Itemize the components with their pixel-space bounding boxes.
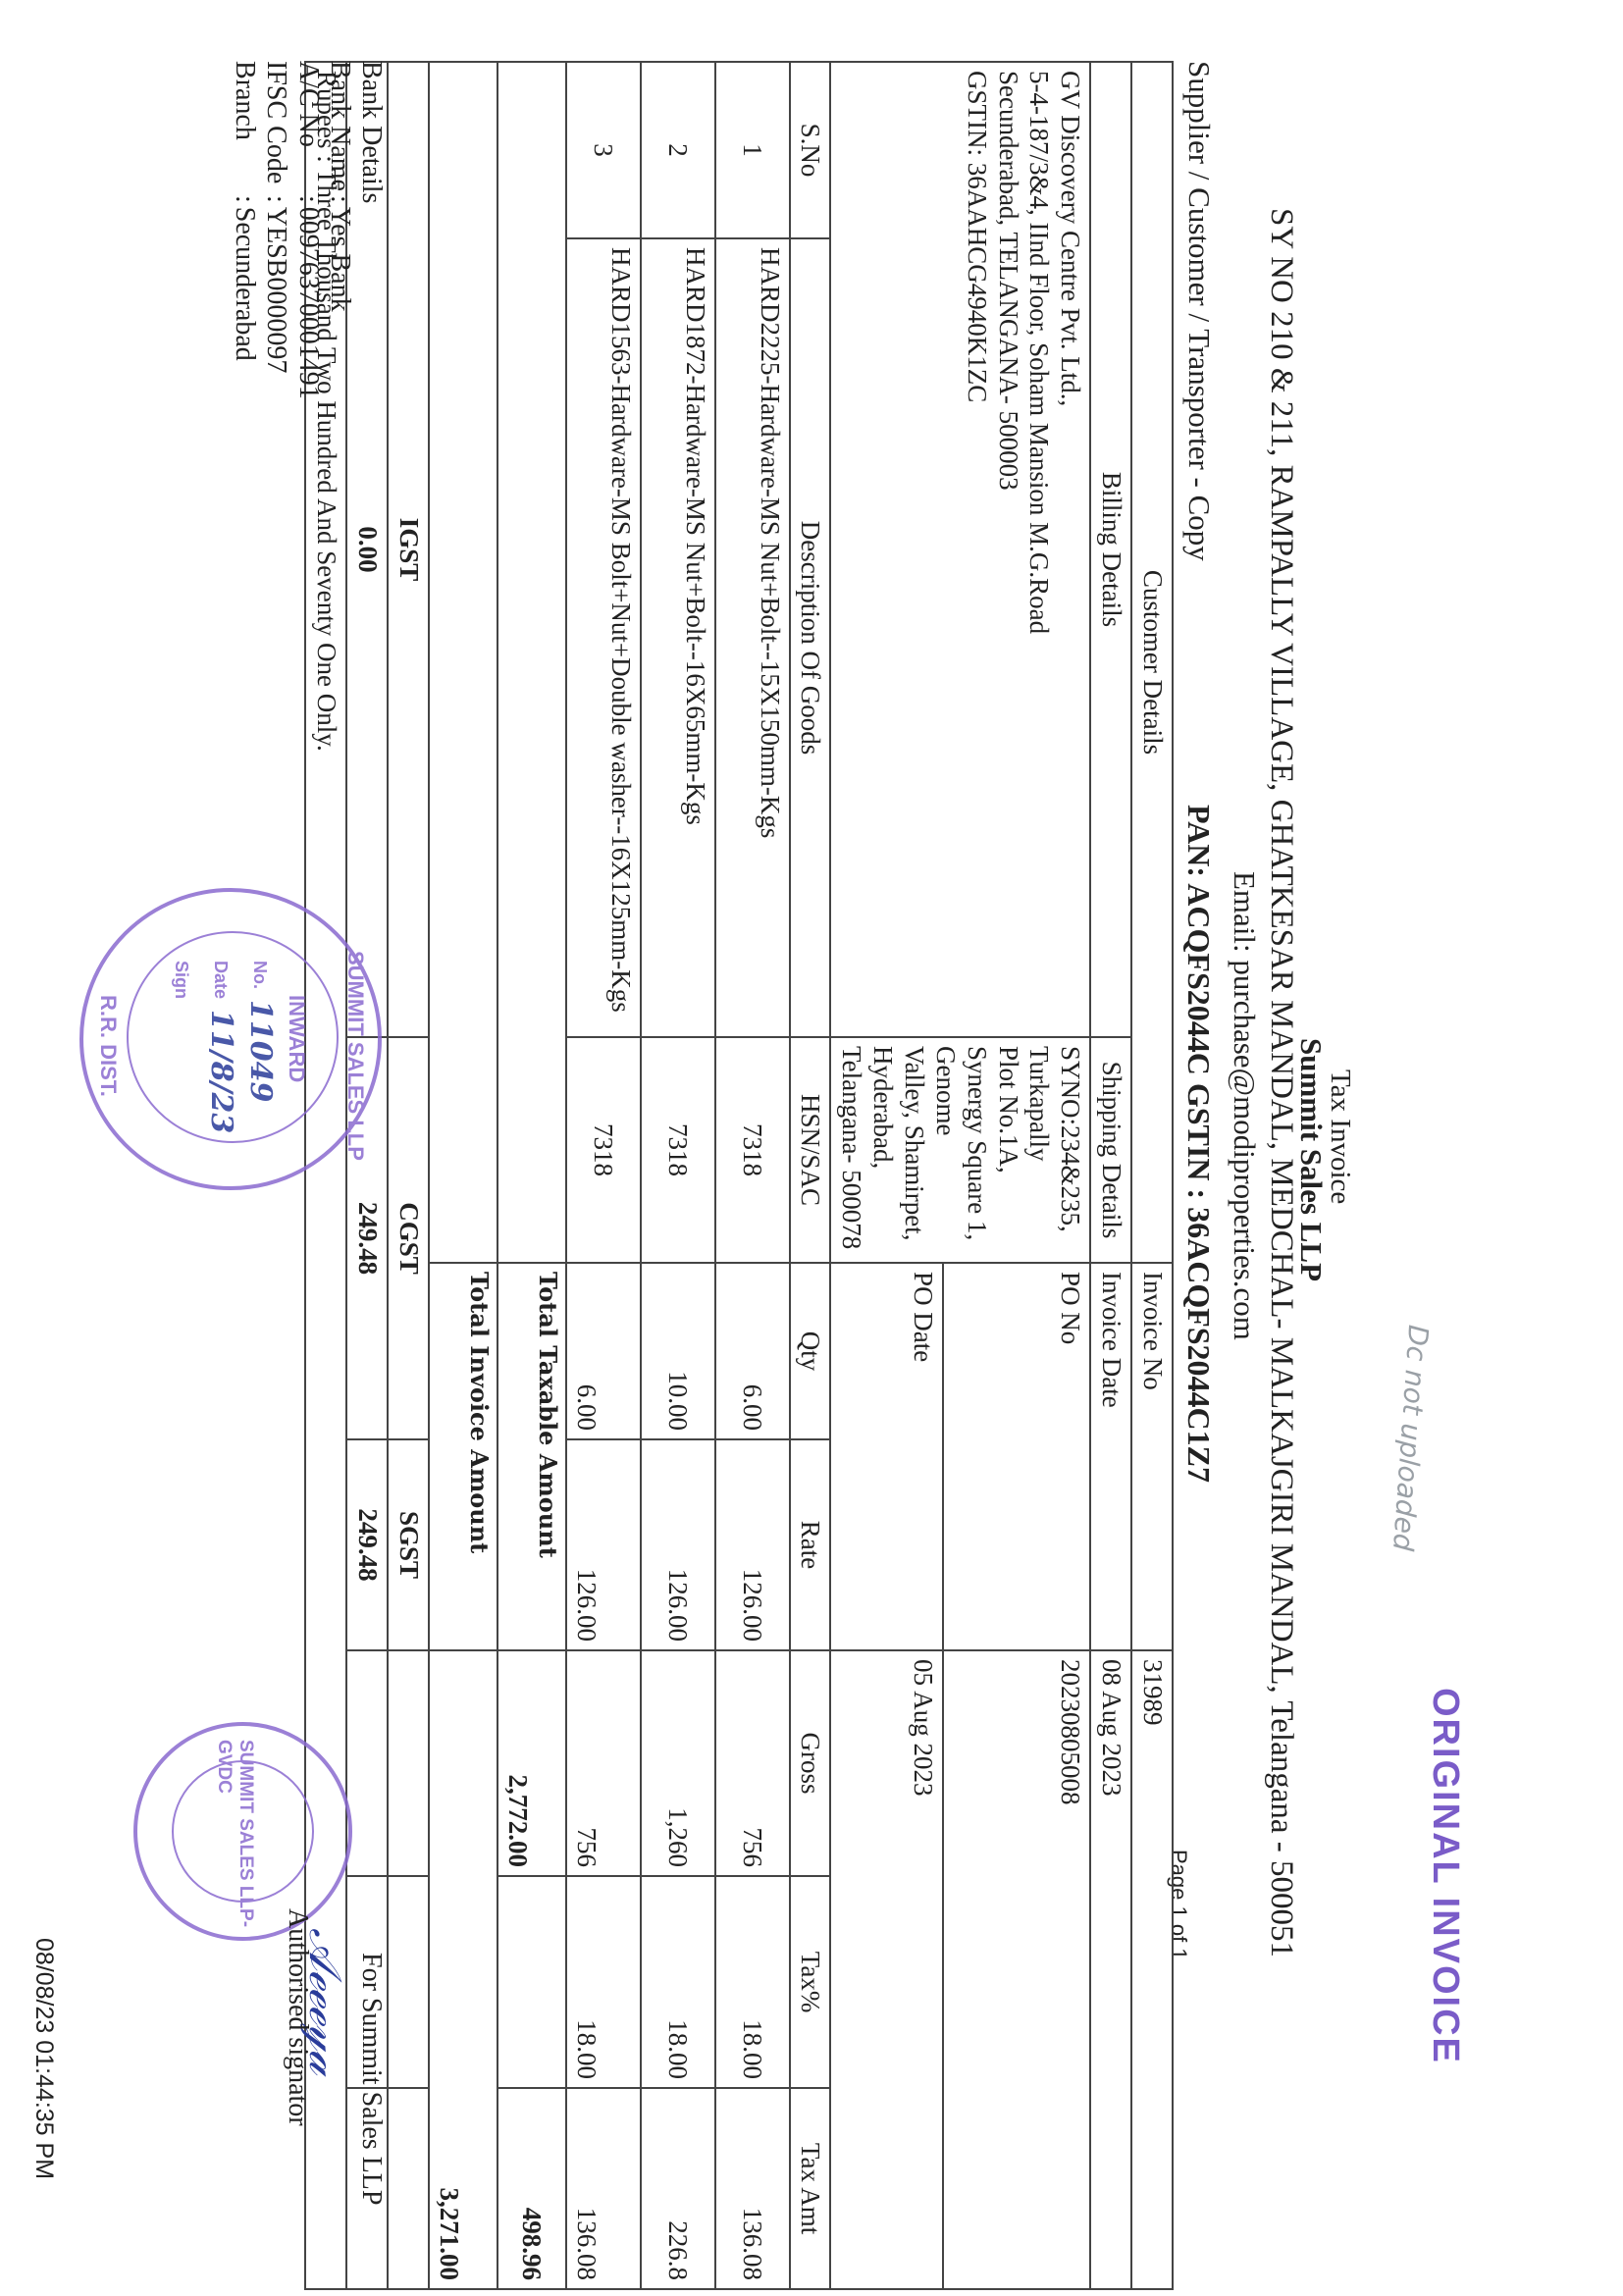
seal-ring-text: SUMMIT SALES LLP-GVDC xyxy=(213,1740,256,1937)
table-row: 1 HARD2225-Hardware-MS Nut+Bolt--15X150m… xyxy=(715,62,790,2289)
item-gross: 756 xyxy=(715,1650,790,1876)
total-invoice-label: Total Invoice Amount xyxy=(429,1263,497,1650)
handwritten-note: Dc not uploaded xyxy=(1387,1324,1435,1552)
item-sno: 1 xyxy=(715,62,790,238)
invoice-table: Customer Details Invoice No 31989 Billin… xyxy=(304,61,1174,2290)
cgst-label: CGST xyxy=(388,1037,429,1439)
billing-shipping-label-row: Billing Details Shipping Details Invoice… xyxy=(1090,62,1131,2289)
bank-label: Branch xyxy=(229,61,260,195)
bank-label: IFSC Code xyxy=(260,61,291,195)
item-description: HARD1563-Hardware-MS Bolt+Nut+Double was… xyxy=(566,238,641,1037)
stamp-ring-text: R.R. DIST. xyxy=(95,995,121,1097)
item-tax-amt: 136.08 xyxy=(566,2088,641,2289)
company-email: Email: purchase@modiproperties.com xyxy=(1227,871,1262,1340)
invoice-page: Tax Invoice Summit Sales LLP SY NO 210 &… xyxy=(0,0,1623,2296)
shipping-address: SYNO:234&235, Turkapally Plot No.1A, Syn… xyxy=(830,1037,1090,1263)
stamp-inward-no: 11049 xyxy=(243,1000,278,1102)
original-invoice-stamp: ORIGINAL INVOICE xyxy=(1424,1688,1466,2064)
bank-details: Bank Details Bank Name:Yes Bank A/C No:0… xyxy=(229,61,387,403)
bank-value: YESB0000097 xyxy=(260,207,291,403)
item-tax-pct: 18.00 xyxy=(566,1876,641,2088)
billing-label: Billing Details xyxy=(1090,62,1131,1037)
shipping-line: Plot No.1A, Synergy Square 1, Genome xyxy=(929,1046,1023,1254)
shipping-line: Telangana- 500078 xyxy=(835,1046,866,1254)
item-tax-pct: 18.00 xyxy=(641,1876,715,2088)
items-header-row: S.No Description Of Goods HSN/SAC Qty Ra… xyxy=(790,62,831,2289)
item-gross: 1,260 xyxy=(641,1650,715,1876)
shipping-line: SYNO:234&235, Turkapally xyxy=(1023,1046,1086,1254)
sgst-label: SGST xyxy=(388,1439,429,1650)
total-taxable-gross: 2,772.00 xyxy=(497,1650,566,1876)
separator: : xyxy=(324,195,355,207)
item-qty: 6.00 xyxy=(566,1263,641,1439)
blank-cell xyxy=(388,2088,429,2289)
stamp-ring-text: SUMMIT SALES LLP xyxy=(342,951,368,1161)
po-no: 20230805008 xyxy=(943,1650,1090,2289)
item-sno: 3 xyxy=(566,62,641,238)
total-tax-amount: 498.96 xyxy=(497,2088,566,2289)
bank-details-title: Bank Details xyxy=(355,61,387,403)
blank-cell xyxy=(497,62,566,1263)
total-taxable-label: Total Taxable Amount xyxy=(497,1263,566,1650)
billing-gstin: GSTIN: 36AAHCG4940K1ZC xyxy=(961,71,992,1028)
address-row: GV Discovery Centre Pvt. Ltd., 5-4-187/3… xyxy=(943,62,1090,2289)
print-timestamp: 08/08/23 01:44:35 PM xyxy=(29,1938,58,2179)
billing-line: 5-4-187/3&4, IInd Floor, Soham Mansion M… xyxy=(1023,71,1055,1028)
inward-stamp: SUMMIT SALES LLP R.R. DIST. INWARD No. 1… xyxy=(79,888,382,1190)
blank-cell xyxy=(388,1650,429,1876)
stamp-sign-label: Sign xyxy=(171,961,191,999)
shipping-line: Valley, Shamirpet, Hyderabad, xyxy=(866,1046,929,1254)
stamp-title: INWARD xyxy=(284,995,309,1082)
for-company-label: For Summit Sales LLP xyxy=(355,1953,387,2205)
item-rate: 126.00 xyxy=(715,1439,790,1650)
col-tax-pct: Tax% xyxy=(790,1876,831,2088)
col-hsn: HSN/SAC xyxy=(790,1037,831,1263)
item-qty: 10.00 xyxy=(641,1263,715,1439)
item-gross: 756 xyxy=(566,1650,641,1876)
item-rate: 126.00 xyxy=(641,1439,715,1650)
copy-label: Supplier / Customer / Transporter - Copy xyxy=(1181,61,1217,561)
bank-value: Yes Bank xyxy=(324,207,355,403)
separator: : xyxy=(229,195,260,207)
invoice-date: 08 Aug 2023 xyxy=(1090,1650,1131,2289)
pan-gstin: PAN: ACQFS2044C GSTIN : 36ACQFS2044C1Z7 xyxy=(1180,805,1217,1483)
col-sno: S.No xyxy=(790,62,831,238)
item-tax-amt: 136.08 xyxy=(715,2088,790,2289)
bank-value: Secunderabad xyxy=(229,207,260,403)
item-hsn: 7318 xyxy=(641,1037,715,1263)
item-qty: 6.00 xyxy=(715,1263,790,1439)
item-rate: 126.00 xyxy=(566,1439,641,1650)
bank-row: Branch:Secunderabad xyxy=(229,61,260,403)
bank-row: A/C No:00976370001491 xyxy=(291,61,323,403)
shipping-label: Shipping Details xyxy=(1090,1037,1131,1263)
bank-label: A/C No xyxy=(291,61,323,195)
customer-details-label: Customer Details xyxy=(1131,62,1173,1263)
blank-cell xyxy=(388,1876,429,2088)
stamp-date-label: Date xyxy=(210,961,231,999)
col-tax-amt: Tax Amt xyxy=(790,2088,831,2289)
billing-address: GV Discovery Centre Pvt. Ltd., 5-4-187/3… xyxy=(830,62,1090,1037)
gst-label-row: IGST CGST SGST xyxy=(388,62,429,2289)
item-sno: 2 xyxy=(641,62,715,238)
item-hsn: 7318 xyxy=(566,1037,641,1263)
stamp-no-label: No. xyxy=(249,961,270,989)
po-date: 05 Aug 2023 xyxy=(830,1650,943,2289)
table-row: 3 HARD1563-Hardware-MS Bolt+Nut+Double w… xyxy=(566,62,641,2289)
item-tax-amt: 226.8 xyxy=(641,2088,715,2289)
customer-details-header-row: Customer Details Invoice No 31989 xyxy=(1131,62,1173,2289)
item-description: HARD2225-Hardware-MS Nut+Bolt--15X150mm-… xyxy=(715,238,790,1037)
po-date-label: PO Date xyxy=(830,1263,943,1650)
authorised-signatory: Authorised signator xyxy=(282,1908,313,2126)
bank-label: Bank Name xyxy=(324,61,355,195)
billing-line: Secunderabad, TELANGANA- 500003 xyxy=(992,71,1023,1028)
separator: : xyxy=(260,195,291,207)
col-gross: Gross xyxy=(790,1650,831,1876)
po-no-label: PO No xyxy=(943,1263,1090,1650)
item-tax-pct: 18.00 xyxy=(715,1876,790,2088)
blank-cell xyxy=(497,1876,566,2088)
table-row: 2 HARD1872-Hardware-MS Nut+Bolt--16X65mm… xyxy=(641,62,715,2289)
billing-line: GV Discovery Centre Pvt. Ltd., xyxy=(1054,71,1085,1028)
bank-row: IFSC Code:YESB0000097 xyxy=(260,61,291,403)
sgst-value: 249.48 xyxy=(346,1439,388,1650)
bank-value: 00976370001491 xyxy=(291,207,323,403)
bank-row: Bank Name:Yes Bank xyxy=(324,61,355,403)
separator: : xyxy=(291,195,323,207)
total-invoice-row: Total Invoice Amount 3,271.00 xyxy=(429,62,497,2289)
invoice-no-label: Invoice No xyxy=(1131,1263,1173,1650)
col-description: Description Of Goods xyxy=(790,238,831,1037)
igst-label: IGST xyxy=(388,62,429,1037)
blank-cell xyxy=(346,1650,388,1876)
company-address: SY NO 210 & 211, RAMPALLY VILLAGE, GHATK… xyxy=(1263,208,1299,1957)
invoice-no: 31989 xyxy=(1131,1650,1173,2289)
invoice-date-label: Invoice Date xyxy=(1090,1263,1131,1650)
blank-cell xyxy=(429,62,497,1263)
item-description: HARD1872-Hardware-MS Nut+Bolt--16X65mm-K… xyxy=(641,238,715,1037)
company-seal-stamp: SUMMIT SALES LLP-GVDC xyxy=(133,1722,352,1941)
col-rate: Rate xyxy=(790,1439,831,1650)
stamp-inward-date: 11/8/23 xyxy=(204,1010,238,1133)
total-taxable-row: Total Taxable Amount 2,772.00 498.96 xyxy=(497,62,566,2289)
item-hsn: 7318 xyxy=(715,1037,790,1263)
total-invoice-amount: 3,271.00 xyxy=(429,1650,497,2289)
col-qty: Qty xyxy=(790,1263,831,1439)
